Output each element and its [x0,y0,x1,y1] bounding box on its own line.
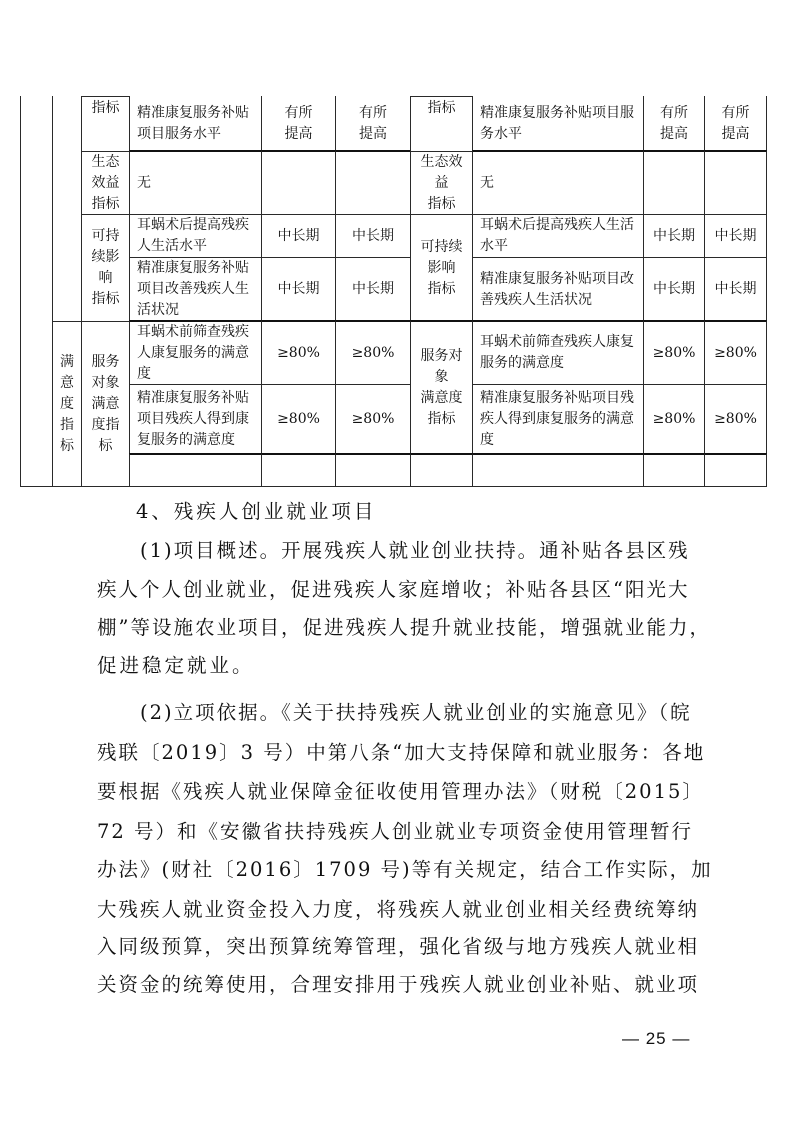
right-sustainable-value-2-1: 中长期 [643,257,705,322]
paragraph-line: 办法》(财社〔2016〕1709 号)等有关规定，结合工作实际，加 [97,850,688,890]
left-ecological-desc: 无 [129,150,262,215]
right-sustainable-value-2-2: 中长期 [704,257,767,322]
right-ecological-desc: 无 [472,150,644,215]
right-satisfaction-value-1-2: ≥80% [704,320,767,385]
right-service-level-value-1: 有所 提高 [643,96,705,152]
left-satisfaction-label: 服务 对象 满意 度指 标 [81,321,130,487]
page-number: — 25 — [622,1026,690,1052]
left-empty-value-1 [261,453,336,487]
right-satisfaction-value-1-1: ≥80% [643,320,705,385]
left-empty-desc [129,453,262,487]
left-service-level-label: 指标 [81,96,130,152]
paragraph-line: 要根据《残疾人就业保障金征收使用管理办法》（财税〔2015〕 [97,772,688,812]
right-satisfaction-desc-1: 耳蜗术前筛查残疾人康复服务的满意度 [472,320,644,385]
paragraph-line: 促进稳定就业。 [97,646,688,686]
left-sustainable-value-2-2: 中长期 [335,257,411,322]
left-satisfaction-value-1-2: ≥80% [335,320,411,385]
right-empty-value-2 [704,453,767,487]
paragraph-line: (2)立项依据。《关于扶持残疾人就业创业的实施意见》（皖 [140,693,688,733]
right-satisfaction-label: 服务对 象 满意度 指标 [410,320,473,455]
paragraph-line: 入同级预算，突出预算统筹管理，强化省级与地方残疾人就业相 [97,927,688,967]
left-ecological-label: 生态 效益 指标 [81,151,130,215]
left-satisfaction-value-1-1: ≥80% [261,320,336,385]
left-satisfaction-desc-1: 耳蜗术前筛查残疾人康复服务的满意度 [129,320,262,385]
left-satisfaction-value-2-1: ≥80% [261,384,336,455]
right-ecological-value-2 [704,150,767,215]
left-sustainable-label: 可持 续影 响 指标 [81,214,130,322]
right-sustainable-value-1-2: 中长期 [704,214,767,258]
right-satisfaction-value-2-2: ≥80% [704,384,767,455]
right-satisfaction-value-2-1: ≥80% [643,384,705,455]
paragraph-line: 残联〔2019〕3 号）中第八条“加大支持保障和就业服务：各地 [97,733,688,773]
left-satisfaction-desc-2: 精准康复服务补贴项目残疾人得到康复服务的满意度 [129,384,262,455]
outer-category-column [20,96,53,487]
left-sustainable-value-1-2: 中长期 [335,214,411,258]
right-empty-value-1 [643,453,705,487]
right-sustainable-desc-1: 耳蜗术后提高残疾人生活水平 [472,214,644,258]
right-service-level-desc: 精准康复服务补贴项目服务水平 [472,96,644,152]
left-sustainable-desc-1: 耳蜗术后提高残疾人生活水平 [129,214,262,258]
left-satisfaction-value-2-2: ≥80% [335,384,411,455]
paragraph-line: (1)项目概述。开展残疾人就业创业扶持。通补贴各县区残 [140,531,688,571]
left-ecological-value-1 [261,150,336,215]
right-service-level-value-2: 有所 提高 [704,96,767,152]
right-sustainable-desc-2: 精准康复服务补贴项目改善残疾人生活状况 [472,257,644,322]
document-page: 满 意 度 指 标 指标 精准康复服务补贴项目服务水平 有所 提高 有所 提高 … [0,0,793,1122]
paragraph-line: 72 号）和《安徽省扶持残疾人创业就业专项资金使用管理暂行 [97,812,688,852]
left-sustainable-value-1-1: 中长期 [261,214,336,258]
paragraph-line: 棚”等设施农业项目，促进残疾人提升就业技能，增强就业能力， [97,608,688,648]
right-sustainable-value-1-1: 中长期 [643,214,705,258]
paragraph-line: 疾人个人创业就业，促进残疾人家庭增收；补贴各县区“阳光大 [97,570,688,610]
right-service-level-label: 指标 [410,96,473,152]
left-ecological-value-2 [335,150,411,215]
left-service-level-desc: 精准康复服务补贴项目服务水平 [129,96,262,152]
right-empty-label [410,453,473,487]
left-service-level-value-2: 有所 提高 [335,96,411,152]
left-sustainable-desc-2: 精准康复服务补贴项目改善残疾人生活状况 [129,257,262,322]
paragraph-line: 大残疾人就业资金投入力度，将残疾人就业创业相关经费统筹纳 [97,890,688,930]
right-sustainable-label: 可持续 影响 指标 [410,214,473,322]
right-empty-desc [472,453,644,487]
left-service-level-value-1: 有所 提高 [261,96,336,152]
left-sustainable-value-2-1: 中长期 [261,257,336,322]
right-ecological-value-1 [643,150,705,215]
right-satisfaction-desc-2: 精准康复服务补贴项目残疾人得到康复服务的满意度 [472,384,644,455]
paragraph-line: 关资金的统筹使用，合理安排用于残疾人就业创业补贴、就业项 [97,965,688,1005]
left-empty-value-2 [335,453,411,487]
right-ecological-label: 生态效 益 指标 [410,151,473,215]
satisfaction-category-cell: 满 意 度 指 标 [52,321,82,487]
section-heading: 4、残疾人创业就业项目 [136,492,684,532]
benefit-category-cell [52,96,82,322]
